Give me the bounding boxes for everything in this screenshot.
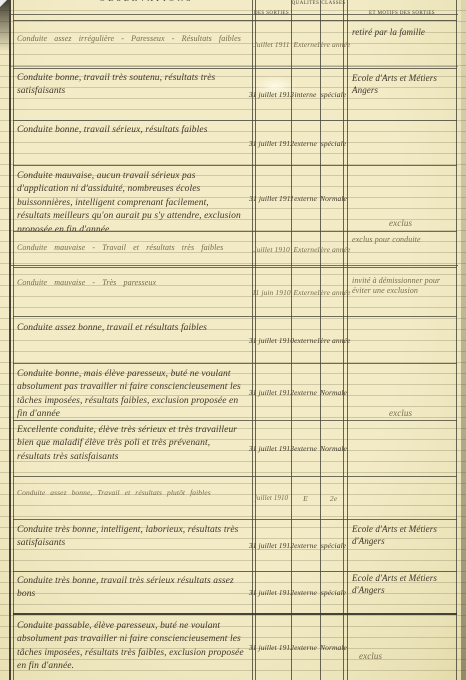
exit-date-cell: 31 juillet 1912: [252, 121, 291, 165]
exit-motive-cell: Ecole d'Arts et Métiers d'Angers: [347, 520, 457, 571]
exit-date-cell: 31 juillet 1912: [252, 615, 291, 680]
observation-cell: Conduite très bonne, intelligent, labori…: [13, 520, 252, 571]
exit-motive-cell: Ecole d'Arts et Métiers d'Angers: [347, 572, 457, 613]
quality-cell: externe: [291, 166, 320, 231]
exit-date-cell: 31 juillet 1912: [252, 364, 291, 420]
quality-value: externe: [294, 588, 317, 597]
exit-date: 31 juillet 1913: [249, 90, 294, 99]
column-header-observations: OBSERVATIONS: [13, 0, 252, 20]
page-edge-shadow: [461, 0, 466, 680]
observation-text: Conduite assez bonne, Travail et résulta…: [17, 486, 244, 499]
exit-motive: retiré par la famille: [352, 27, 454, 39]
exit-date: Juillet 1910: [253, 245, 290, 254]
class-cell: 1ère année: [320, 232, 347, 267]
exit-motive: Ecole d'Arts et Métiers d'Angers: [352, 573, 454, 596]
observation-text: Conduite passable, élève paresseux, buté…: [17, 620, 244, 674]
observation-cell: Excellente conduite, élève très sérieux …: [13, 421, 252, 476]
exit-date: 11 juin 1910: [252, 288, 291, 297]
ledger-row: Conduite mauvaise - Très paresseux 11 ju…: [13, 268, 457, 317]
class-value: Normale: [320, 643, 347, 652]
ledger-body: Conduite assez irrégulière - Paresseux -…: [13, 21, 457, 680]
exit-date: 31 juillet 1910: [249, 336, 294, 345]
exit-motive: Ecole d'Arts et Métiers Angers: [352, 73, 454, 96]
ledger-row: Excellente conduite, élève très sérieux …: [13, 421, 457, 477]
ledger-page: OBSERVATIONS DES SORTIES QUALITÉS CLASSE…: [0, 0, 466, 680]
observation-cell: Conduite assez bonne, travail et résulta…: [13, 317, 252, 363]
column-header-exit-motives: ET MOTIFS DES SORTIES: [347, 0, 457, 20]
quality-cell: externe: [291, 572, 320, 613]
class-value: spéciale: [321, 139, 346, 148]
column-header-exit-dates: DES SORTIES: [252, 0, 291, 20]
quality-cell: interne: [291, 69, 320, 120]
quality-cell: externe: [291, 421, 320, 476]
ledger-row: Conduite mauvaise, aucun travail sérieux…: [13, 166, 457, 232]
exit-date-cell: 31 juillet 1912: [252, 520, 291, 571]
ledger-row: Conduite bonne, mais élève paresseux, bu…: [13, 364, 457, 421]
class-value: 1ère année: [317, 245, 351, 254]
ledger-row: Conduite assez bonne, Travail et résulta…: [13, 477, 457, 520]
class-cell: Normale: [320, 166, 347, 231]
class-cell: spéciale: [320, 69, 347, 120]
ledger-row: Conduite bonne, travail très soutenu, ré…: [13, 69, 457, 121]
class-value: 1ère année: [317, 288, 351, 297]
exit-date-cell: 11 juin 1910: [252, 268, 291, 316]
ledger-row: Conduite mauvaise - Travail et résultats…: [13, 232, 457, 268]
class-value: Normale: [320, 444, 347, 453]
observation-cell: Conduite bonne, mais élève paresseux, bu…: [13, 364, 252, 420]
quality-value: externe: [294, 336, 317, 345]
quality-value: Externe: [293, 288, 317, 297]
exit-date: juillet 1910: [255, 494, 288, 503]
exit-date-cell: 31 juillet 1910: [252, 317, 291, 363]
exit-motive-cell: exclus: [347, 615, 457, 680]
class-cell: spéciale: [320, 121, 347, 165]
class-value: 1ère année: [317, 40, 351, 49]
exit-motive: invité à démissionner pour éviter une ex…: [352, 276, 454, 296]
observation-text: Conduite bonne, travail sérieux, résulta…: [17, 124, 244, 137]
exit-date: Juillet 1911: [253, 40, 289, 49]
observation-cell: Conduite bonne, travail sérieux, résulta…: [13, 121, 252, 165]
quality-value: externe: [294, 139, 317, 148]
exit-date-cell: Juillet 1911: [252, 21, 291, 68]
exit-date-cell: 31 juillet 1911: [252, 166, 291, 231]
scan-corner-notch: [0, 0, 7, 7]
exit-motive-cell: exclus: [347, 166, 457, 231]
exit-date: 31 juillet 1913: [249, 444, 294, 453]
column-header-qualites: QUALITÉS: [291, 0, 320, 20]
class-cell: 1ère année: [320, 21, 347, 68]
scan-corner-smudge: [0, 0, 9, 52]
exit-date: 31 juillet 1912: [249, 643, 294, 652]
exit-motive: exclus: [389, 218, 454, 230]
class-value: Normale: [320, 194, 347, 203]
exit-motive: exclus: [389, 408, 454, 420]
quality-value: E: [303, 494, 308, 503]
exit-date-cell: 31 juillet 1912: [252, 572, 291, 613]
class-cell: Normale: [320, 615, 347, 680]
class-value: Normale: [320, 388, 347, 397]
observation-text: Excellente conduite, élève très sérieux …: [17, 424, 244, 464]
class-cell: Normale: [320, 421, 347, 476]
exit-motive-cell: [347, 121, 457, 165]
observation-cell: Conduite bonne, travail très soutenu, ré…: [13, 69, 252, 120]
binding-edge: [9, 0, 11, 680]
exit-motive: exclus: [359, 651, 454, 663]
exit-date: 31 juillet 1912: [249, 588, 294, 597]
exit-motive: exclus pour conduite: [352, 234, 454, 246]
exit-date: 31 juillet 1911: [249, 194, 294, 203]
exit-date: 31 juillet 1912: [249, 139, 294, 148]
ledger-row: Conduite assez bonne, travail et résulta…: [13, 317, 457, 364]
quality-value: externe: [294, 643, 317, 652]
class-value: 2e: [330, 494, 337, 503]
class-cell: Normale: [320, 364, 347, 420]
ledger-row: Conduite très bonne, intelligent, labori…: [13, 520, 457, 572]
quality-cell: externe: [291, 615, 320, 680]
cropped-header-fragment: OBSERVATIONS: [55, 0, 238, 4]
exit-motive-cell: exclus: [347, 364, 457, 420]
observation-text: Conduite bonne, travail très soutenu, ré…: [17, 72, 244, 99]
class-cell: 2e: [320, 477, 347, 519]
quality-value: externe: [294, 541, 317, 550]
quality-value: Externe: [293, 245, 317, 254]
observation-text: Conduite très bonne, intelligent, labori…: [17, 524, 244, 551]
observation-text: Conduite mauvaise - Très paresseux: [17, 277, 244, 288]
observation-cell: Conduite mauvaise - Travail et résultats…: [13, 232, 252, 267]
quality-cell: externe: [291, 364, 320, 420]
quality-value: externe: [294, 444, 317, 453]
quality-cell: externe: [291, 121, 320, 165]
exit-motive-cell: retiré par la famille: [347, 21, 457, 68]
quality-value: externe: [294, 194, 317, 203]
quality-value: externe: [294, 388, 317, 397]
exit-motive: Ecole d'Arts et Métiers d'Angers: [352, 524, 454, 547]
class-value: spéciale: [321, 90, 346, 99]
exit-motive-cell: [347, 477, 457, 519]
observation-text: Conduite mauvaise - Travail et résultats…: [17, 242, 244, 253]
column-header-classes: CLASSES: [320, 0, 347, 20]
observation-text: Conduite assez irrégulière - Paresseux -…: [17, 33, 244, 44]
class-cell: 1ère année: [320, 268, 347, 316]
observation-text: Conduite très bonne, travail très sérieu…: [17, 575, 244, 602]
exit-motive-cell: invité à démissionner pour éviter une ex…: [347, 268, 457, 316]
exit-motive-cell: exclus pour conduite: [347, 232, 457, 267]
observation-text: Conduite bonne, mais élève paresseux, bu…: [17, 368, 244, 420]
class-cell: spéciale: [320, 520, 347, 571]
ledger-row: Conduite assez irrégulière - Paresseux -…: [13, 21, 457, 69]
class-value: 1ère année: [317, 336, 351, 345]
class-cell: spéciale: [320, 572, 347, 613]
observation-text: Conduite mauvaise, aucun travail sérieux…: [17, 170, 244, 231]
ledger-row: Conduite bonne, travail sérieux, résulta…: [13, 121, 457, 166]
observation-cell: Conduite mauvaise, aucun travail sérieux…: [13, 166, 252, 231]
observation-cell: Conduite assez bonne, Travail et résulta…: [13, 477, 252, 519]
quality-cell: E: [291, 477, 320, 519]
exit-date-cell: Juillet 1910: [252, 232, 291, 267]
table-header-row: OBSERVATIONS DES SORTIES QUALITÉS CLASSE…: [13, 0, 457, 21]
class-value: spéciale: [321, 541, 346, 550]
observation-cell: Conduite très bonne, travail très sérieu…: [13, 572, 252, 613]
exit-date-cell: 31 juillet 1913: [252, 421, 291, 476]
observation-text: Conduite assez bonne, travail et résulta…: [17, 322, 244, 335]
observation-cell: Conduite assez irrégulière - Paresseux -…: [13, 21, 252, 68]
ledger-row: Conduite très bonne, travail très sérieu…: [13, 572, 457, 615]
quality-cell: externe: [291, 520, 320, 571]
class-value: spéciale: [321, 588, 346, 597]
exit-date: 31 juillet 1912: [249, 541, 294, 550]
exit-date: 31 juillet 1912: [249, 388, 294, 397]
exit-motive-cell: [347, 317, 457, 363]
exit-date-cell: 31 juillet 1913: [252, 69, 291, 120]
exit-motive-cell: Ecole d'Arts et Métiers Angers: [347, 69, 457, 120]
exit-motive-cell: [347, 421, 457, 476]
exit-date-cell: juillet 1910: [252, 477, 291, 519]
class-cell: 1ère année: [320, 317, 347, 363]
ledger-row: Conduite passable, élève paresseux, buté…: [13, 615, 457, 680]
observation-cell: Conduite mauvaise - Très paresseux: [13, 268, 252, 316]
quality-value: interne: [295, 90, 317, 99]
quality-value: Externe: [293, 40, 317, 49]
observation-cell: Conduite passable, élève paresseux, buté…: [13, 615, 252, 680]
